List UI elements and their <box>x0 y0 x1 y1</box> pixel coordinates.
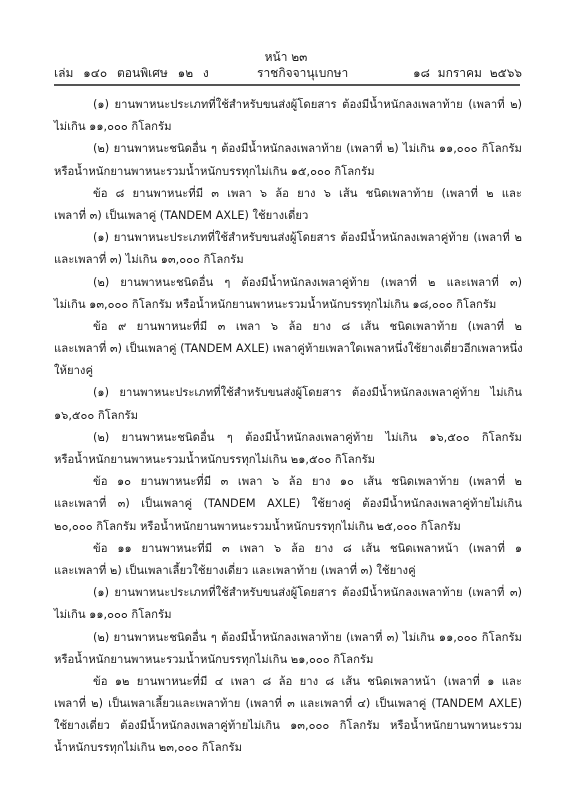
text-line: (๑) ยานพาหนะประเภทที่ใช้สำหรับขนส่งผู้โด… <box>54 582 522 604</box>
text-line: หรือน้ำหนักยานพาหนะรวมน้ำหนักบรรทุกไม่เก… <box>54 161 522 183</box>
text-line: (๒) ยานพาหนะชนิดอื่น ๆ ต้องมีน้ำหนักลงเพ… <box>54 427 522 449</box>
text-line: (๑) ยานพาหนะประเภทที่ใช้สำหรับขนส่งผู้โด… <box>54 94 522 116</box>
text-line: ใช้ยางเดี่ยว ต้องมีน้ำหนักลงเพลาคู่ท้ายไ… <box>54 715 522 737</box>
text-line: หรือน้ำหนักยานพาหนะรวมน้ำหนักบรรทุกไม่เก… <box>54 649 522 671</box>
text-line: และเพลาที่ ๓) เป็นเพลาคู่ (TANDEM AXLE) … <box>54 338 522 360</box>
text-line: และเพลาที่ ๓) ไม่เกิน ๑๓,๐๐๐ กิโลกรัม <box>54 249 522 271</box>
text-line: และเพลาที่ ๒) เป็นเพลาเลี้ยวใช้ยางเดี่ยว… <box>54 560 522 582</box>
text-line: ไม่เกิน ๑๓,๐๐๐ กิโลกรัม หรือน้ำหนักยานพา… <box>54 294 522 316</box>
text-line: ๑๖,๕๐๐ กิโลกรัม <box>54 405 522 427</box>
text-line: (๒) ยานพาหนะชนิดอื่น ๆ ต้องมีน้ำหนักลงเพ… <box>54 627 522 649</box>
text-line: ข้อ ๑๒ ยานพาหนะที่มี ๔ เพลา ๘ ล้อ ยาง ๘ … <box>54 671 522 693</box>
text-line: และเพลาที่ ๓) เป็นเพลาคู่ (TANDEM AXLE) … <box>54 493 522 515</box>
text-line: (๒) ยานพาหนะชนิดอื่น ๆ ต้องมีน้ำหนักลงเพ… <box>54 272 522 294</box>
text-line: เพลาที่ ๒) เป็นเพลาเลี้ยวและเพลาท้าย (เพ… <box>54 693 522 715</box>
text-line: ๒๐,๐๐๐ กิโลกรัม หรือน้ำหนักยานพาหนะรวมน้… <box>54 516 522 538</box>
text-line: (๒) ยานพาหนะชนิดอื่น ๆ ต้องมีน้ำหนักลงเพ… <box>54 138 522 160</box>
text-line: ไม่เกิน ๑๑,๐๐๐ กิโลกรัม <box>54 604 522 626</box>
text-line: ข้อ ๑๐ ยานพาหนะที่มี ๓ เพลา ๖ ล้อ ยาง ๑๐… <box>54 471 522 493</box>
text-line: (๑) ยานพาหนะประเภทที่ใช้สำหรับขนส่งผู้โด… <box>54 382 522 404</box>
text-line: หรือน้ำหนักยานพาหนะรวมน้ำหนักบรรทุกไม่เก… <box>54 449 522 471</box>
text-line: เพลาที่ ๓) เป็นเพลาคู่ (TANDEM AXLE) ใช้… <box>54 205 522 227</box>
publication-title: ราชกิจจานุเบกษา <box>257 64 348 83</box>
header-divider <box>54 84 520 86</box>
text-line: ให้ยางคู่ <box>54 360 522 382</box>
page-header: เล่ม ๑๔๐ ตอนพิเศษ ๑๒ ง ราชกิจจานุเบกษา ๑… <box>54 64 522 82</box>
text-line: น้ำหนักบรรทุกไม่เกิน ๒๓,๐๐๐ กิโลกรัม <box>54 737 522 759</box>
text-line: (๑) ยานพาหนะประเภทที่ใช้สำหรับขนส่งผู้โด… <box>54 227 522 249</box>
text-line: ข้อ ๘ ยานพาหนะที่มี ๓ เพลา ๖ ล้อ ยาง ๖ เ… <box>54 183 522 205</box>
text-line: ข้อ ๙ ยานพาหนะที่มี ๓ เพลา ๖ ล้อ ยาง ๘ เ… <box>54 316 522 338</box>
text-line: ข้อ ๑๑ ยานพาหนะที่มี ๓ เพลา ๖ ล้อ ยาง ๘ … <box>54 538 522 560</box>
volume-info: เล่ม ๑๔๐ ตอนพิเศษ ๑๒ ง <box>54 64 209 83</box>
publication-date: ๑๘ มกราคม ๒๕๖๖ <box>413 64 522 83</box>
text-line: ไม่เกิน ๑๑,๐๐๐ กิโลกรัม <box>54 116 522 138</box>
document-body: (๑) ยานพาหนะประเภทที่ใช้สำหรับขนส่งผู้โด… <box>54 94 522 760</box>
